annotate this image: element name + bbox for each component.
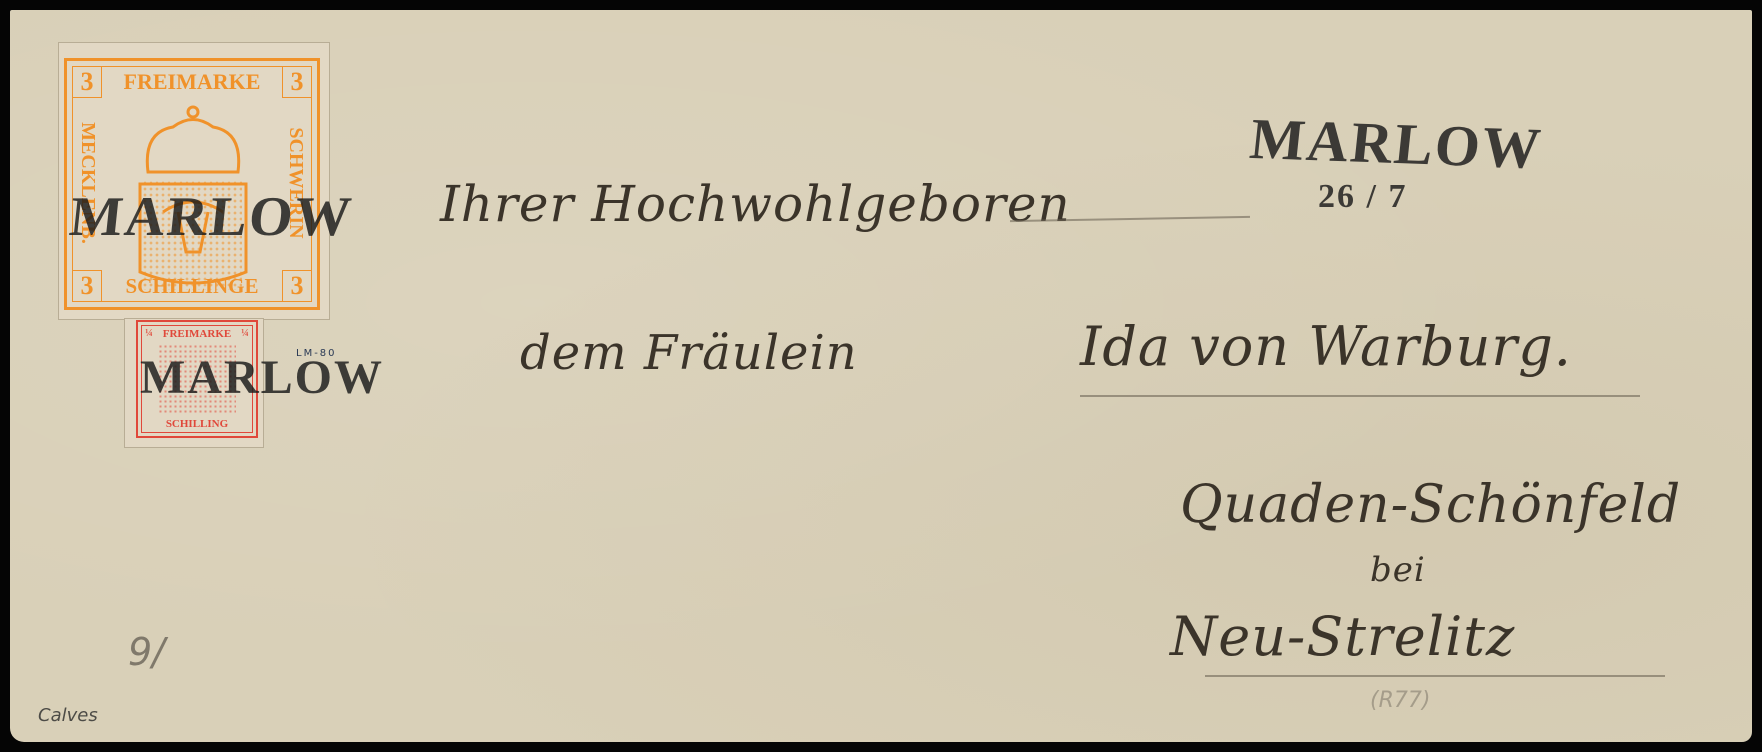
- corner-value-tr: 3: [282, 66, 312, 98]
- corner-value-bl: 3: [72, 270, 102, 302]
- address-line-2a: dem Fräulein: [520, 325, 858, 381]
- expert-mark: LM-80: [296, 348, 337, 359]
- marlow-cancel-2: MARLOW: [140, 350, 384, 405]
- address-line-3: Quaden-Schönfeld: [1180, 475, 1681, 535]
- envelope: 3 3 3 3 FREIMARKE SCHILLINGE MECKLENB. S…: [10, 10, 1752, 742]
- stamp2-bottom-text: SCHILLING: [141, 416, 253, 432]
- address-line-5: Neu-Strelitz: [1170, 605, 1515, 668]
- signature-mark: Calves: [38, 705, 98, 726]
- pencil-note: 9/: [128, 630, 165, 674]
- marlow-cancel-1: MARLOW: [67, 185, 356, 249]
- corner-value-br: 3: [282, 270, 312, 302]
- postmark-date: 26 / 7: [1318, 178, 1407, 216]
- stamp2-corner-tl: ¼: [143, 326, 155, 342]
- address-line-4: bei: [1370, 550, 1426, 590]
- address-line-2b: Ida von Warburg.: [1080, 315, 1572, 378]
- pencil-circle-note: (R77): [1370, 688, 1430, 713]
- corner-value-tl: 3: [72, 66, 102, 98]
- underline-town: [1205, 675, 1665, 677]
- stamp2-corner-tr: ¼: [239, 326, 251, 342]
- postmark-town: MARLOW: [1247, 105, 1545, 182]
- stamp2-top-text: FREIMARKE: [141, 326, 253, 342]
- underline-name: [1080, 395, 1640, 397]
- stamp-top-text: FREIMARKE: [102, 68, 282, 96]
- address-line-1: Ihrer Hochwohlgeboren: [440, 175, 1071, 233]
